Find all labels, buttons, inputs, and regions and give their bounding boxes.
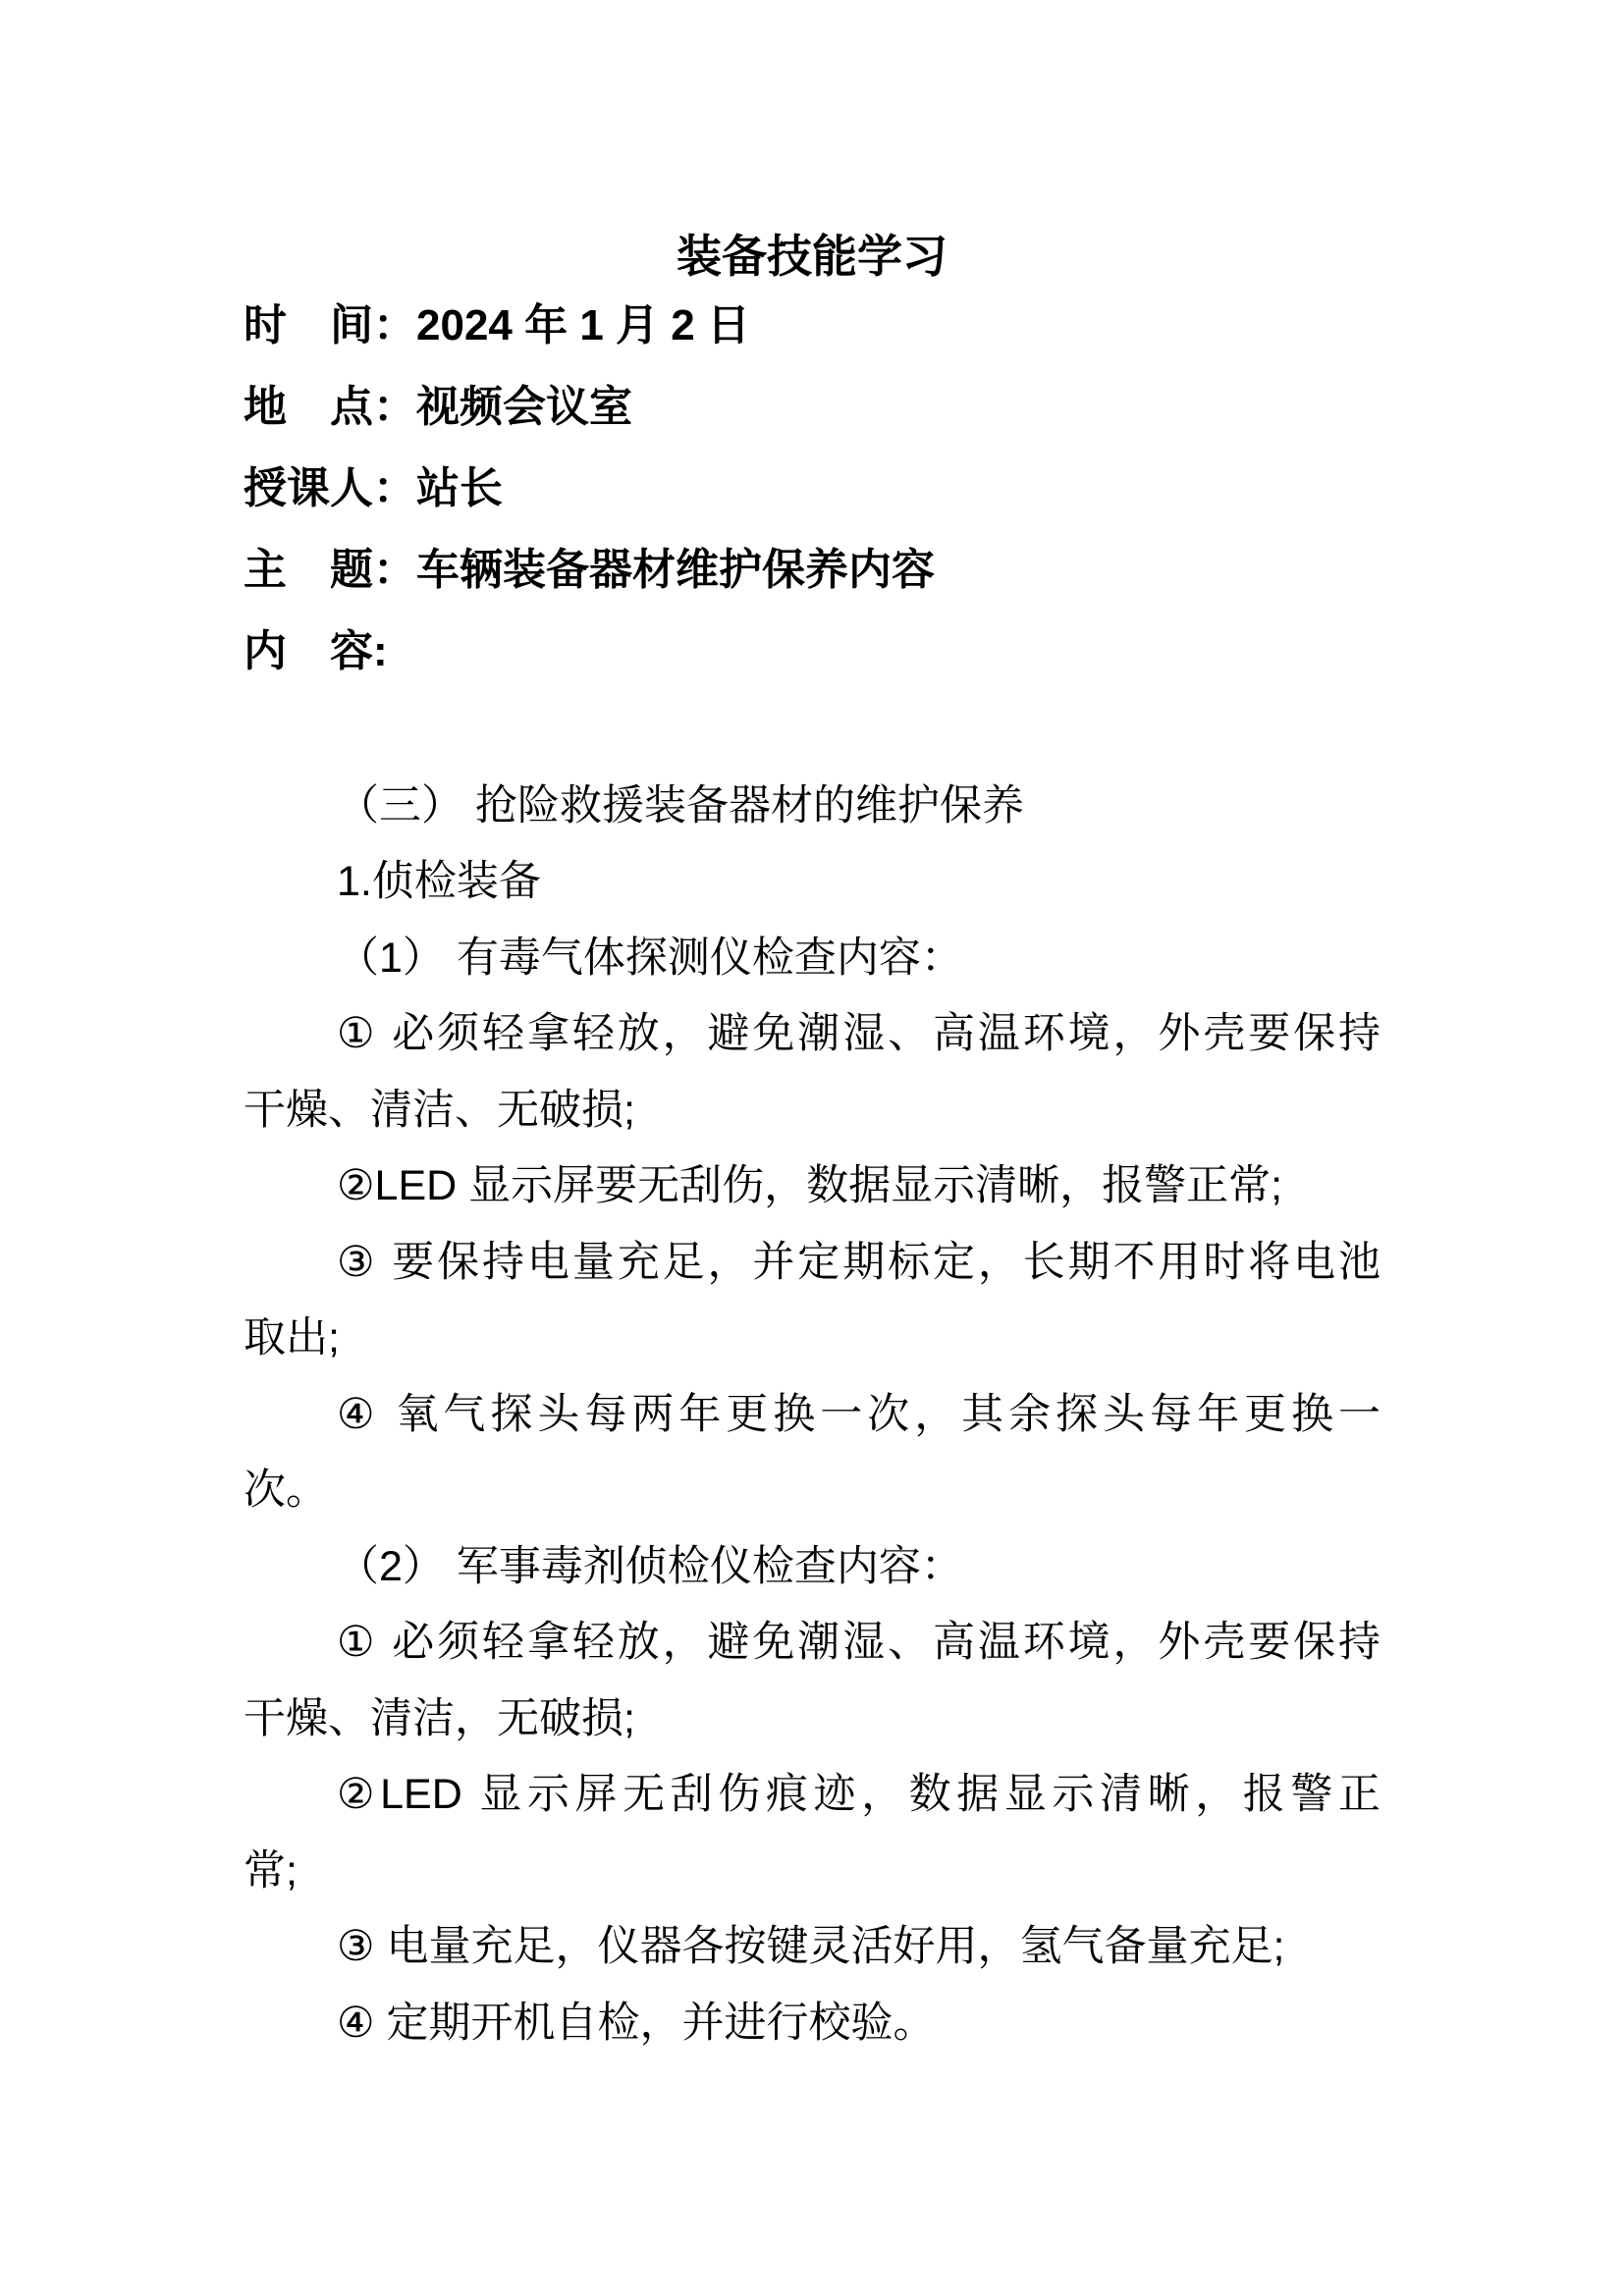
body-line: ②LED 显示屏要无刮伤，数据显示清晰，报警正常; [244, 1148, 1380, 1225]
body-line: 次。 [244, 1453, 1380, 1529]
body-blank-line [244, 692, 1380, 769]
body-line: 1.侦检装备 [244, 844, 1380, 921]
body-line: （2） 军事毒剂侦检仪检查内容： [244, 1529, 1380, 1606]
body-line: ③ 电量充足，仪器各按键灵活好用，氢气备量充足; [244, 1909, 1380, 1986]
body-line: ① 必须轻拿轻放，避免潮湿、高温环境，外壳要保持 [244, 996, 1380, 1073]
body-line: 常; [244, 1834, 1380, 1910]
body-line: 取出; [244, 1301, 1380, 1377]
body-line: ④ 定期开机自检，并进行校验。 [244, 1986, 1380, 2062]
document-header-block: 时 间：2024 年 1 月 2 日地 点：视频会议室授课人：站长主 题：车辆装… [244, 285, 1380, 692]
header-line: 地 点：视频会议室 [244, 366, 1380, 448]
body-line: 干燥、清洁、无破损; [244, 1073, 1380, 1149]
document-page: 装备技能学习 时 间：2024 年 1 月 2 日地 点：视频会议室授课人：站长… [0, 0, 1624, 2296]
body-line: ① 必须轻拿轻放，避免潮湿、高温环境，外壳要保持 [244, 1605, 1380, 1682]
body-line: ②LED 显示屏无刮伤痕迹，数据显示清晰，报警正 [244, 1757, 1380, 1834]
body-line: 干燥、清洁，无破损; [244, 1682, 1380, 1758]
header-line: 授课人：站长 [244, 448, 1380, 529]
header-line: 内 容: [244, 611, 1380, 692]
header-line: 时 间：2024 年 1 月 2 日 [244, 285, 1380, 366]
body-line: ④ 氧气探头每两年更换一次，其余探头每年更换一 [244, 1377, 1380, 1454]
document-title: 装备技能学习 [244, 228, 1380, 285]
header-line: 主 题：车辆装备器材维护保养内容 [244, 529, 1380, 611]
document-body-block: （三） 抢险救援装备器材的维护保养1.侦检装备（1） 有毒气体探测仪检查内容：①… [244, 692, 1380, 2061]
body-line: ③ 要保持电量充足，并定期标定，长期不用时将电池 [244, 1225, 1380, 1302]
body-line: （三） 抢险救援装备器材的维护保养 [244, 769, 1380, 845]
body-line: （1） 有毒气体探测仪检查内容： [244, 921, 1380, 997]
